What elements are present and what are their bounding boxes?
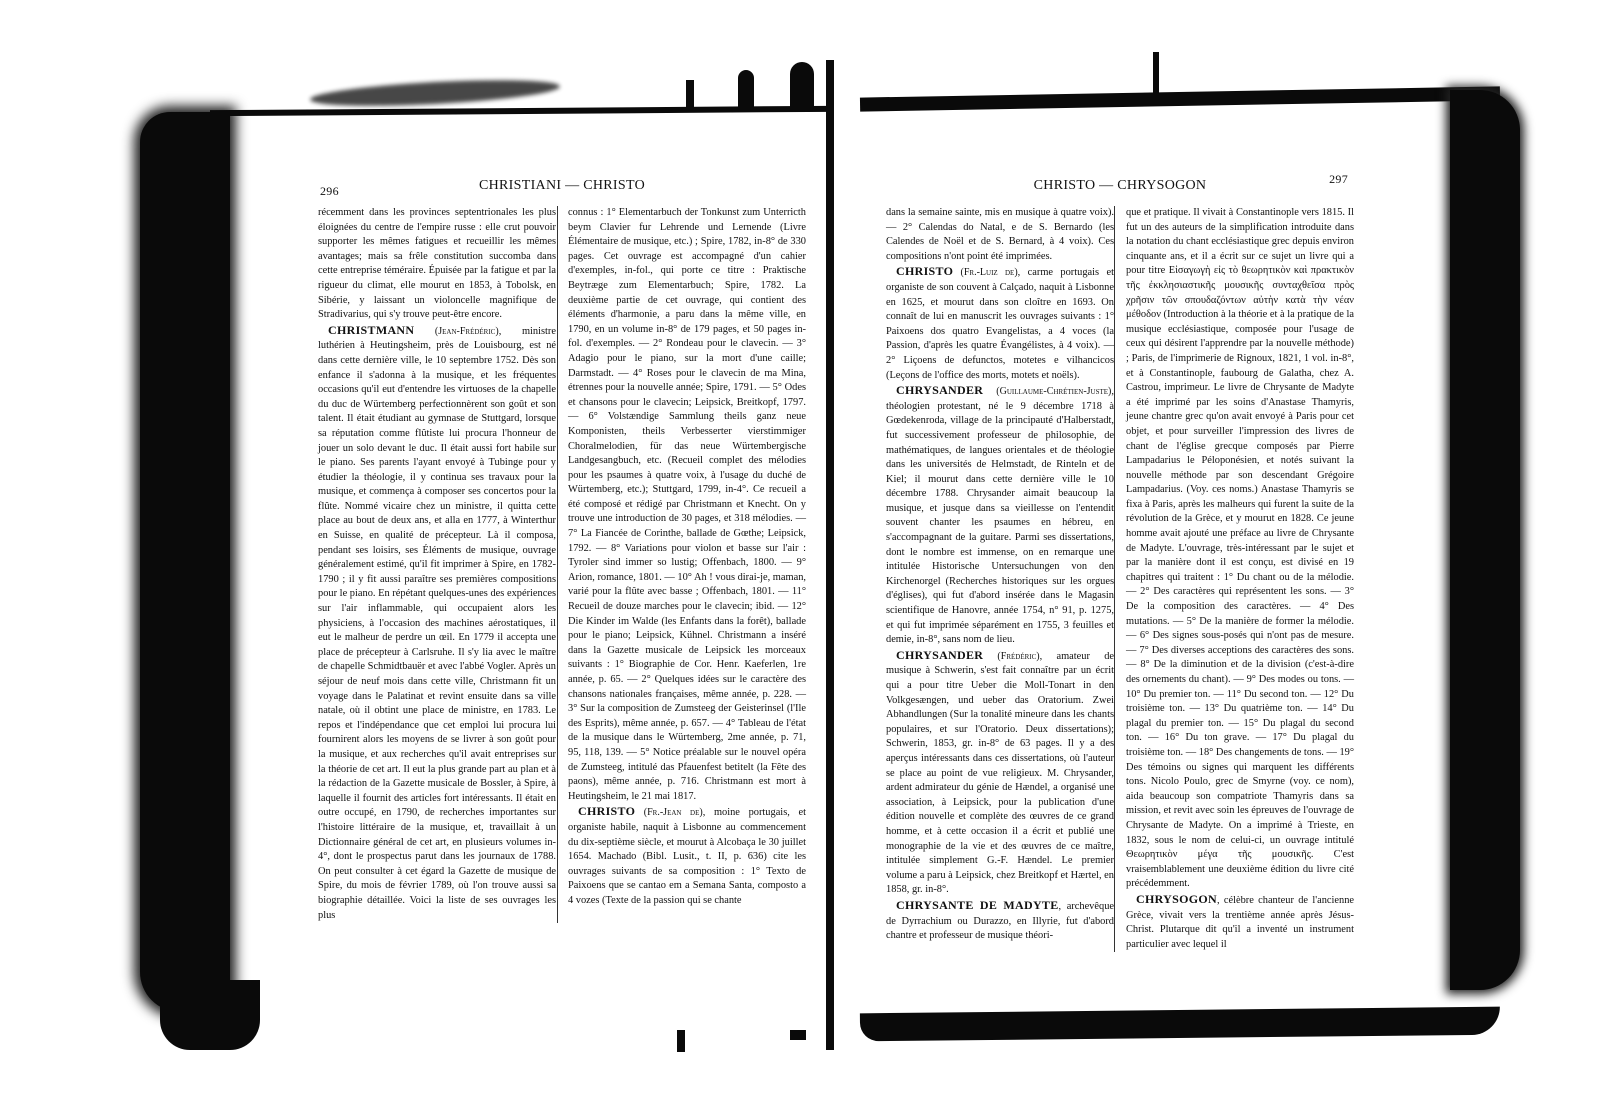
scan-left-cover-bottom bbox=[160, 980, 260, 1050]
entry-headword: CHRISTO bbox=[896, 264, 953, 278]
entry-qualifier: (Guillaume-Chrétien-Juste) bbox=[983, 386, 1111, 397]
scan-tab-mark bbox=[686, 80, 694, 110]
right-page: CHRISTO — CHRYSOGON 297 dans la semaine … bbox=[886, 160, 1354, 952]
column-2: connus : 1° Elementarbuch der Tonkunst z… bbox=[568, 206, 806, 923]
scan-bottom-edge-right bbox=[860, 1007, 1500, 1042]
entry-body: , théologien protestant, né le 9 décembr… bbox=[886, 386, 1114, 645]
entry-headword: CHRYSOGON bbox=[1136, 892, 1217, 906]
entry-headword: CHRYSANTE DE MADYTE bbox=[896, 898, 1059, 912]
scan-tab-mark bbox=[1153, 52, 1159, 96]
entry-qualifier: (Fr.-Luiz de) bbox=[953, 267, 1017, 278]
continued-text: dans la semaine sainte, mis en musique à… bbox=[886, 206, 1114, 264]
text-columns: récemment dans les provinces septentrion… bbox=[318, 206, 806, 923]
continued-text: que et pratique. Il vivait à Constantino… bbox=[1126, 206, 1354, 892]
continued-text: récemment dans les provinces septentrion… bbox=[318, 206, 556, 323]
text-columns: dans la semaine sainte, mis en musique à… bbox=[886, 206, 1354, 952]
entry-qualifier: (Jean-Frédéric) bbox=[414, 326, 498, 337]
entry-headword: CHRISTO bbox=[578, 804, 635, 818]
scan-tab-mark bbox=[738, 70, 754, 110]
scan-top-edge-left bbox=[210, 106, 830, 116]
column-1: dans la semaine sainte, mis en musique à… bbox=[886, 206, 1114, 952]
running-head: CHRISTO — CHRYSOGON 297 bbox=[886, 160, 1354, 188]
dictionary-entry: CHRISTO (Fr.-Luiz de), carme portugais e… bbox=[886, 264, 1114, 383]
entry-body: , amateur de musique à Schwerin, s'est f… bbox=[886, 651, 1114, 896]
dictionary-entry: CHRISTO (Fr.-Jean de), moine portugais, … bbox=[568, 804, 806, 908]
dictionary-entry: CHRYSANDER (Guillaume-Chrétien-Juste), t… bbox=[886, 383, 1114, 648]
running-head: 296 CHRISTIANI — CHRISTO bbox=[318, 160, 806, 188]
dictionary-entry: CHRYSOGON, célèbre chanteur de l'ancienn… bbox=[1126, 892, 1354, 952]
entry-qualifier: (Fr.-Jean de) bbox=[635, 807, 702, 818]
scan-top-edge-right bbox=[860, 86, 1500, 111]
running-head-title: CHRISTIANI — CHRISTO bbox=[318, 178, 806, 194]
continued-text: connus : 1° Elementarbuch der Tonkunst z… bbox=[568, 206, 806, 804]
dictionary-entry: CHRISTMANN (Jean-Frédéric), ministre lut… bbox=[318, 323, 556, 923]
entry-body: , carme portugais et organiste de son co… bbox=[886, 267, 1114, 380]
entry-body: , ministre luthérien à Heutingsheim, prè… bbox=[318, 326, 556, 921]
entry-qualifier: (Frédéric) bbox=[983, 651, 1039, 662]
dictionary-entry: CHRYSANDER (Frédéric), amateur de musiqu… bbox=[886, 648, 1114, 898]
entry-headword: CHRYSANDER bbox=[896, 648, 983, 662]
column-2: que et pratique. Il vivait à Constantino… bbox=[1126, 206, 1354, 952]
book-gutter bbox=[826, 60, 834, 1050]
scan-left-cover-edge bbox=[140, 112, 230, 1012]
column-rule bbox=[557, 206, 558, 923]
left-page: 296 CHRISTIANI — CHRISTO récemment dans … bbox=[318, 160, 806, 923]
scan-tab-mark bbox=[790, 62, 814, 110]
page-number: 297 bbox=[1329, 172, 1348, 187]
scan-bottom-mark bbox=[677, 1030, 685, 1052]
column-rule bbox=[1114, 206, 1115, 952]
column-1: récemment dans les provinces septentrion… bbox=[318, 206, 556, 923]
scan-bottom-mark bbox=[790, 1030, 806, 1040]
entry-headword: CHRISTMANN bbox=[328, 323, 414, 337]
scan-right-cover-edge bbox=[1450, 90, 1520, 990]
running-head-title: CHRISTO — CHRYSOGON bbox=[886, 178, 1354, 194]
dictionary-entry: CHRYSANTE DE MADYTE, archevêque de Dyrra… bbox=[886, 898, 1114, 944]
entry-body: , moine portugais, et organiste habile, … bbox=[568, 807, 806, 906]
entry-headword: CHRYSANDER bbox=[896, 383, 983, 397]
scan-smudge bbox=[310, 75, 561, 110]
